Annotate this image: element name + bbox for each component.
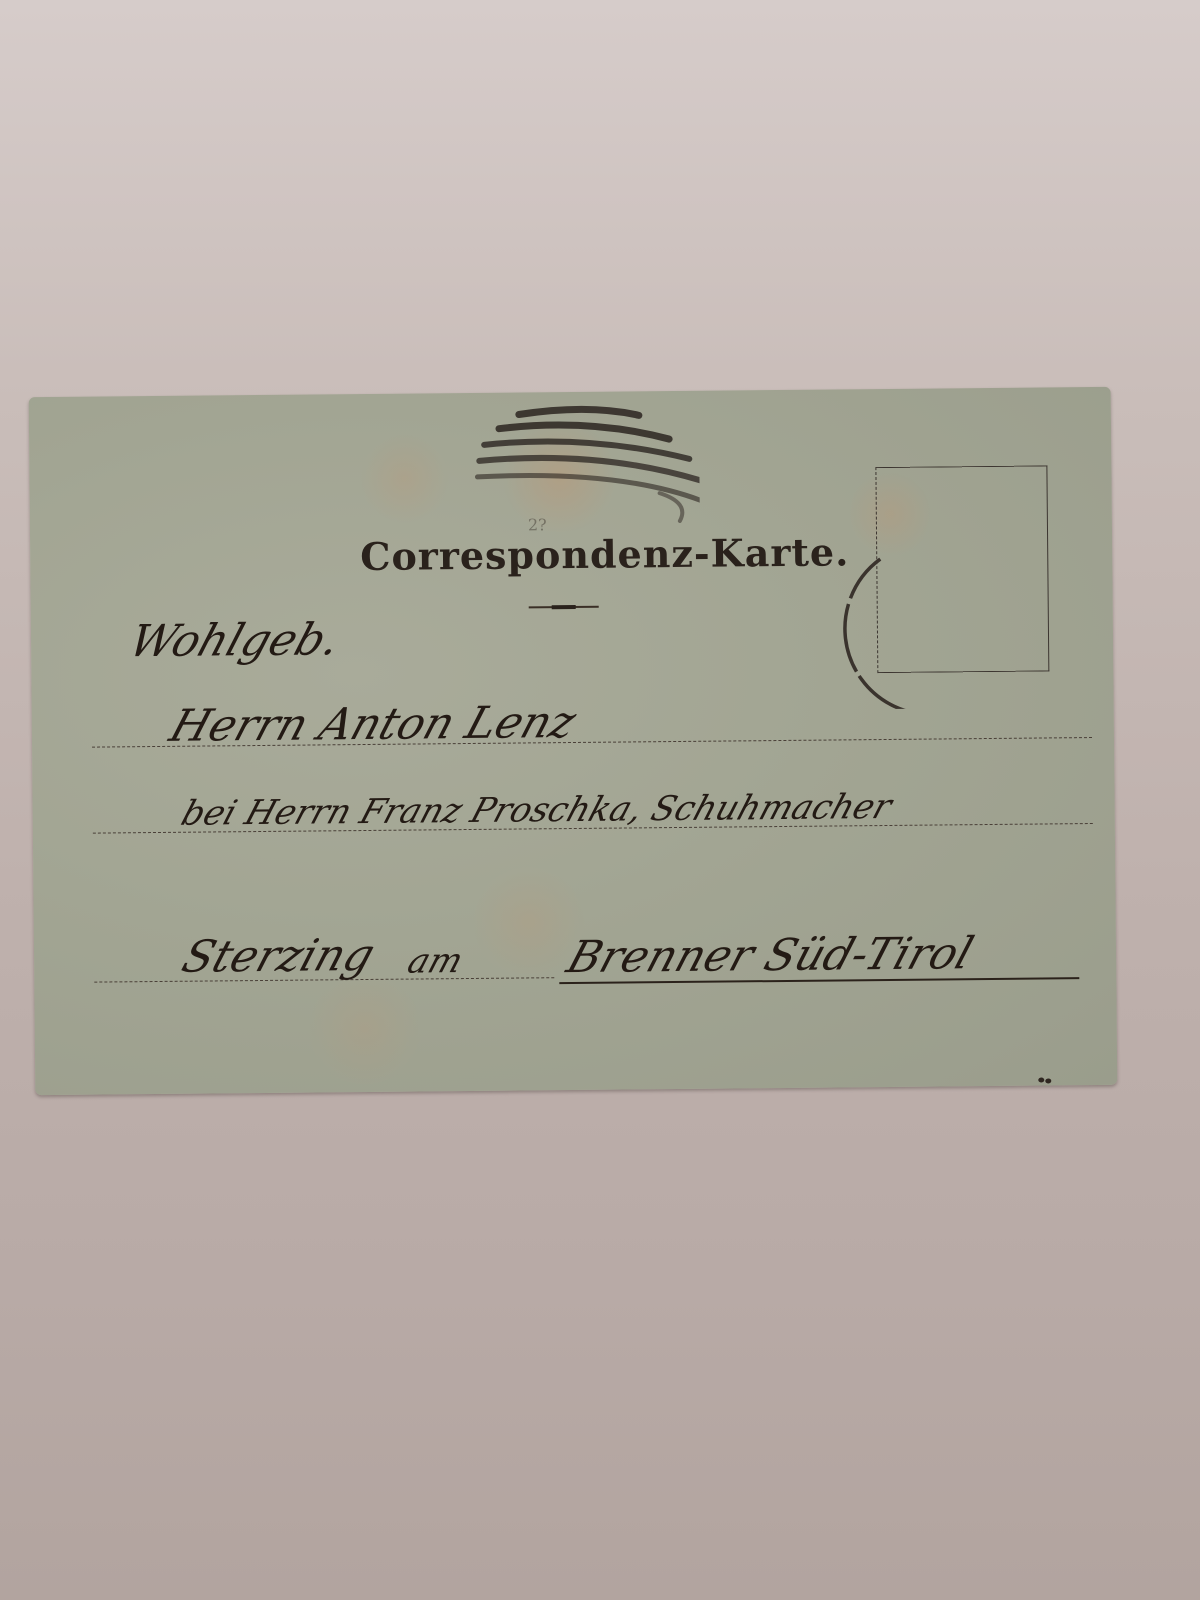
- cancel-ring-icon: [830, 528, 1012, 710]
- salutation: Wohlgeb.: [123, 614, 347, 667]
- destination-city: Sterzing: [176, 930, 381, 983]
- destination-region: Brenner Süd-Tirol: [561, 928, 979, 983]
- destination-connector: am: [403, 941, 468, 982]
- card-heading: Correspondenz-Karte.: [360, 529, 850, 579]
- foxing-stain: [304, 973, 425, 1084]
- postcard: 2? Correspondenz-Karte. Wohlgeb. Herrn A…: [29, 387, 1118, 1095]
- ink-speck: [1038, 1077, 1044, 1082]
- heading-divider: [529, 606, 599, 609]
- recipient-name: Herrn Anton Lenz: [164, 697, 582, 752]
- care-of-line: bei Herrn Franz Proschka, Schuhmacher: [176, 787, 896, 834]
- foxing-stain: [359, 433, 450, 524]
- ink-speck: [1045, 1078, 1051, 1083]
- postmark-cancellation: 2?: [439, 403, 700, 535]
